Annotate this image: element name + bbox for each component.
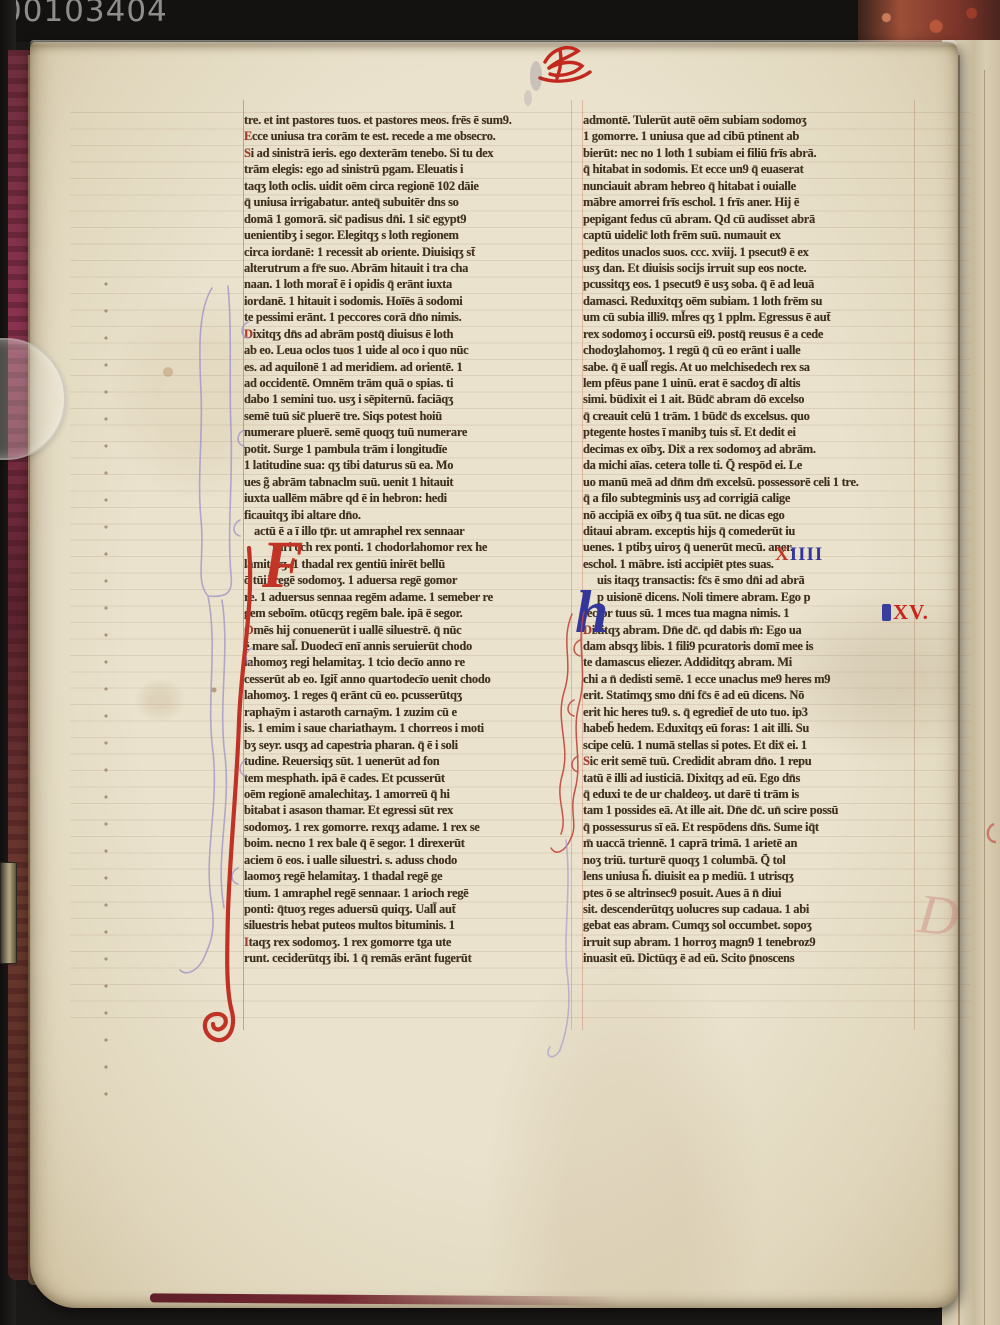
text-line: um cū subia illi9. ml̄res qʒ 1 pplm. Egr… bbox=[583, 309, 917, 325]
text-line: sit. descenderūtqʒ uolucres sup cadaua. … bbox=[583, 901, 917, 917]
text-line: alterutrum a fr̄e suo. Abrām hitauit i t… bbox=[244, 260, 578, 276]
text-line: damasci. Reduxitqʒ oēm subiam. 1 loth fr… bbox=[583, 293, 917, 309]
text-line: aciem ō eos. i ualle siluestri. s. aduss… bbox=[244, 852, 578, 868]
text-line: uis itaqʒ transactis: fc̄s ē smo dn̄i ad… bbox=[583, 572, 917, 588]
text-line: chi a n̄ dedisti semē. 1 ecce unaclus me… bbox=[583, 671, 917, 687]
text-line: laomoʒ regē helamitaʒ. 1 thadal regē ge bbox=[244, 868, 578, 884]
chapter-numeral-red-part: X bbox=[775, 544, 790, 565]
text-line: runt. ceciderūtqʒ ibi. 1 q̄ remās erānt … bbox=[244, 950, 578, 966]
text-line: te damascus eliezer. Addiditqʒ abram. Mi bbox=[583, 654, 917, 670]
text-line: ponti: q̄tuoʒ reges aduersū quiqʒ. Uall̄… bbox=[244, 901, 578, 917]
text-line: q̄ uniusa irrigabatur. anteq̄ subuitēr d… bbox=[244, 194, 578, 210]
chapter-numeral-15: XV. bbox=[882, 600, 929, 625]
text-line: q̄ possessurus sī eā. Et respōdens dn̄s.… bbox=[583, 819, 917, 835]
text-line: cesserūt ab eo. Igit̄ anno quartodecīo u… bbox=[244, 671, 578, 687]
text-line: taqʒ loth oclis. uidit oēm circa regionē… bbox=[244, 178, 578, 194]
page-edge-crease bbox=[984, 70, 985, 1325]
scan-id-watermark: 00103404 bbox=[2, 0, 168, 29]
text-line: ptes ō se altrinsec9 posuit. Aues ā n̄ d… bbox=[583, 885, 917, 901]
text-line: dabo 1 semini tuo. usʒ i sēpiternū. faci… bbox=[244, 391, 578, 407]
text-line: ues g̃ abrām tabnaclm suū. uenit 1 hitau… bbox=[244, 474, 578, 490]
text-line: is. 1 emim i saue chariathaym. 1 chorreo… bbox=[244, 720, 578, 736]
text-line: ē mare sal̄. Duodecī enī annis seruierūt… bbox=[244, 638, 578, 654]
text-line: irruit sup abram. 1 horroʒ magn9 1 teneb… bbox=[583, 934, 917, 950]
text-line: nō accipiā ex oībʒ q̄ tua sūt. ne dicas … bbox=[583, 507, 917, 523]
text-line: te pessimi erānt. 1 peccores corā dn̄o n… bbox=[244, 309, 578, 325]
text-line: mābre amorrei frīs eschol. 1 frīs aner. … bbox=[583, 194, 917, 210]
text-line: uo manū meā ad dn̄m dm̄ excelsū. possess… bbox=[583, 474, 917, 490]
text-line: ficauitqʒ ibi altare dn̄o. bbox=[244, 507, 578, 523]
text-line: habeb̄ hedem. Eduxitqʒ eū foras: 1 ait i… bbox=[583, 720, 917, 736]
manuscript-photo: { "photo": { "watermark": "00103404" }, … bbox=[0, 0, 1000, 1325]
text-line: decimas ex oībʒ. Dix̄ a rex sodomoʒ ad a… bbox=[583, 441, 917, 457]
text-line: dam absqʒ libis. 1 fili9 pcuratoris domī… bbox=[583, 638, 917, 654]
text-line: bierūt: nec no 1 loth 1 subiam ei filiū … bbox=[583, 145, 917, 161]
text-line: tre. et int pastores tuos. et pastores m… bbox=[244, 112, 578, 128]
text-line: domā 1 gomorā. sic̄ padisus dn̄i. 1 sic̄… bbox=[244, 211, 578, 227]
text-line: tudine. Reuersiqʒ sūt. 1 uenerūt ad fon bbox=[244, 753, 578, 769]
text-line: ptegente hostes ī manibʒ tuis st̄. Et de… bbox=[583, 424, 917, 440]
text-line: lens uniusa h̄. diuisit ea p mediū. 1 ut… bbox=[583, 868, 917, 884]
text-line: tium. 1 amraphel regē sennaar. 1 arioch … bbox=[244, 885, 578, 901]
text-line: q̄ hitabat in sodomis. Et ecce un9 q̄ eu… bbox=[583, 161, 917, 177]
text-line: m̄ uaccā triennē. 1 caprā trimā. 1 ariet… bbox=[583, 835, 917, 851]
text-line: uenes. 1 ptibʒ uiroʒ q̄ uenerūt mecū. an… bbox=[583, 539, 917, 555]
text-line: circa iordanē: 1 recessit ab oriente. Di… bbox=[244, 244, 578, 260]
metal-clasp bbox=[0, 862, 17, 964]
text-line: iuxta uallēm mābre qd ē in hebron: hedi bbox=[244, 490, 578, 506]
text-line: erit hic heres tu9. s. q̄ egrediet̄ de u… bbox=[583, 704, 917, 720]
text-line: boim. necno 1 rex bale q̄ ē segor. 1 dir… bbox=[244, 835, 578, 851]
chapter-numeral-label: XV. bbox=[893, 600, 929, 624]
text-line: potit. Surge 1 pambula trām i longitudīe bbox=[244, 441, 578, 457]
text-line: pepigant fedus cū abram. Qd cū audisset … bbox=[583, 211, 917, 227]
text-line: uenientibʒ i segor. Elegitqʒ s loth regi… bbox=[244, 227, 578, 243]
decorated-initial-h: h bbox=[575, 582, 608, 642]
chapter-numeral-14: XIIII bbox=[775, 544, 823, 566]
text-line: peditos unaclos suos. ccc. xviij. 1 psec… bbox=[583, 244, 917, 260]
text-line: oēm regionē amalechitaʒ. 1 amorreū q̄ hi bbox=[244, 786, 578, 802]
binding-cover-edge bbox=[8, 50, 30, 1280]
text-line: erit. Statimqʒ smo dn̄i fc̄s ē ad eū dic… bbox=[583, 687, 917, 703]
text-line: Si ad sinistrā ieris. ego dexterām teneb… bbox=[244, 145, 578, 161]
text-line: Dixitqʒ abram. Dn̄e dc̄. qd dabis m̄: Eg… bbox=[583, 622, 917, 638]
decorated-initial-F: F bbox=[262, 531, 303, 599]
text-line: bʒ seyr. usqʒ ad capestria pharan. q̄ ē … bbox=[244, 737, 578, 753]
text-column-right: admontē. Tulerūt autē oēm subiam sodomoʒ… bbox=[583, 112, 917, 967]
chapter-numeral-blue-part: IIII bbox=[790, 544, 824, 565]
text-line: 1 latitudine sua: qʒ tibi daturus sū ea.… bbox=[244, 457, 578, 473]
text-line: es. ad aquilonē 1 ad meridiem. ad orient… bbox=[244, 359, 578, 375]
text-line: nunciauit abram hebreo q̄ hitabat i ouia… bbox=[583, 178, 917, 194]
text-line: p uisionē dicens. Noli timere abram. Ego… bbox=[583, 589, 917, 605]
text-line: semē tuū sic̄ pluerē tre. Siqs potest ho… bbox=[244, 408, 578, 424]
text-line: q̄ creauit celū 1 trām. 1 būdc̄ ds excel… bbox=[583, 408, 917, 424]
text-line: tem mesphath. ipā ē cades. Et pcusserūt bbox=[244, 770, 578, 786]
text-line: gebat eas abram. Cumqʒ sol occumbet. sop… bbox=[583, 917, 917, 933]
text-line: tatū ē illi ad iusticiā. Dixitqʒ ad eū. … bbox=[583, 770, 917, 786]
page-edge-crease bbox=[958, 55, 960, 1325]
text-line: bitabat i asason thamar. Et egressi sūt … bbox=[244, 802, 578, 818]
blue-paraph-icon bbox=[882, 604, 891, 621]
text-line: chodoʒlahomoʒ. 1 regū q̄ cū eo erānt i u… bbox=[583, 342, 917, 358]
text-line: admontē. Tulerūt autē oēm subiam sodomoʒ bbox=[583, 112, 917, 128]
text-line: Ecce uniusa tra corām te est. recede a m… bbox=[244, 128, 578, 144]
text-line: lahomoʒ regi helamitaʒ. 1 tcio decīo ann… bbox=[244, 654, 578, 670]
text-line: numerare pluerē. semē quoqʒ tuū numerare bbox=[244, 424, 578, 440]
text-line: Sic erit semē tuū. Credidit abram dn̄o. … bbox=[583, 753, 917, 769]
text-line: inuasit eū. Dictūqʒ ē ad eū. Scito p̄nos… bbox=[583, 950, 917, 966]
text-line: eschol. 1 mābre. isti accipiēt ptes suas… bbox=[583, 556, 917, 572]
text-line: gem seboīm. otūcqʒ regēm bale. ipā ē seg… bbox=[244, 605, 578, 621]
text-line: sodomoʒ. 1 rex gomorre. rexqʒ adame. 1 r… bbox=[244, 819, 578, 835]
text-line: q̄ eduxi te de ur chaldeoʒ. ut darē ti t… bbox=[583, 786, 917, 802]
faint-margin-letter: D bbox=[915, 882, 962, 950]
text-line: ditaui abram. exceptis hijs q̄ comederūt… bbox=[583, 523, 917, 539]
page-top-rim-highlight bbox=[30, 40, 958, 46]
text-line: lem pfēus pane 1 uinū. erat ē sacdoʒ dī … bbox=[583, 375, 917, 391]
text-line: noʒ triū. turturē quoqʒ 1 columbā. Q̄ to… bbox=[583, 852, 917, 868]
text-line: ad occidentē. Omnēm trām quā o spias. ti bbox=[244, 375, 578, 391]
pricking-holes bbox=[102, 280, 112, 1110]
text-line: sabe. q̄ ē uall̄ regis. At uo melchisede… bbox=[583, 359, 917, 375]
text-line: tam 1 possides eā. At ille ait. Dn̄e dc̄… bbox=[583, 802, 917, 818]
text-line: iordanē. 1 hitauit i sodomis. Hoīēs ā so… bbox=[244, 293, 578, 309]
text-line: trām elegis: ego ad sinistrū pgam. Eleua… bbox=[244, 161, 578, 177]
text-line: da michi aīas. cetera tolle ti. Q̄ respō… bbox=[583, 457, 917, 473]
text-line: scipe celū. 1 numā stellas si potes. Et … bbox=[583, 737, 917, 753]
text-line: naan. 1 loth morat̄ ē i opidis q̄ erānt … bbox=[244, 276, 578, 292]
text-line: tector tuus sū. 1 mces tua magna nimis. … bbox=[583, 605, 917, 621]
text-line: Itaqʒ rex sodomoʒ. 1 rex gomorre tga ute bbox=[244, 934, 578, 950]
text-line: lahomoʒ. 1 reges q̄ erānt cū eo. pcusser… bbox=[244, 687, 578, 703]
text-line: captū uidelic̄ loth frēm suū. numauit ex bbox=[583, 227, 917, 243]
text-line: simi. būdixit ei 1 ait. Būdc̄ abram dō e… bbox=[583, 391, 917, 407]
text-line: ab eo. Leua oclos tuos 1 uide al oco i q… bbox=[244, 342, 578, 358]
text-line: Dixitqʒ dn̄s ad abrām postq̄ diuisus ē l… bbox=[244, 326, 578, 342]
text-line: Omēs hij conuenerūt i uallē siluestrē. q… bbox=[244, 622, 578, 638]
text-line: siluestris hebat puteos multos bituminis… bbox=[244, 917, 578, 933]
text-line: pcussitqʒ eos. 1 psecut9 ē usʒ soba. q̄ … bbox=[583, 276, 917, 292]
text-line: 1 gomorre. 1 uniusa que ad cibū ptinent … bbox=[583, 128, 917, 144]
text-line: raphaȳm i astaroth carnaȳm. 1 zuzim cū e bbox=[244, 704, 578, 720]
text-line: rex sodomoʒ i occursū ei9. postq̄ reusus… bbox=[583, 326, 917, 342]
text-line: usʒ dan. Et diuisis socijs irruit sup eo… bbox=[583, 260, 917, 276]
manuscript-page: tre. et int pastores tuos. et pastores m… bbox=[30, 42, 958, 1308]
text-line: q̄ a filo subtegminis usʒ ad corrigiā ca… bbox=[583, 490, 917, 506]
